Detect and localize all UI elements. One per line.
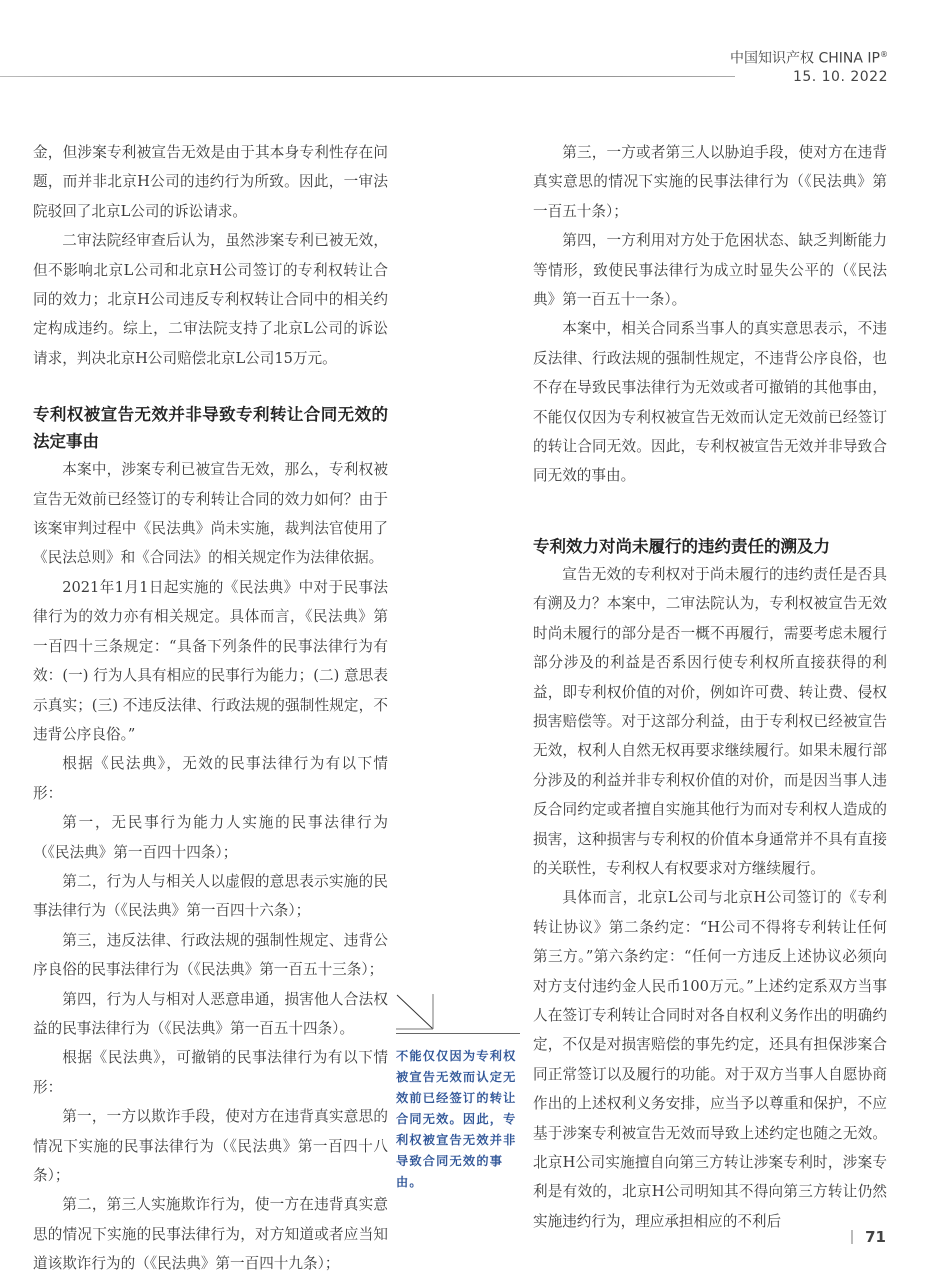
paragraph: 第一，无民事行为能力人实施的民事法律行为（《民法典》第一百四十四条）； <box>33 808 388 867</box>
masthead: 中国知识产权 CHINA IP® 15. 10. 2022 <box>730 46 888 86</box>
pull-quote-rule <box>396 1033 520 1034</box>
paragraph: 第四，行为人与相对人恶意串通，损害他人合法权益的民事法律行为（《民法典》第一百五… <box>33 985 388 1044</box>
pull-quote-text: 不能仅仅因为专利权被宣告无效而认定无效前已经签订的转让合同无效。因此，专利权被宣… <box>396 1046 524 1193</box>
paragraph: 第二，行为人与相关人以虚假的意思表示实施的民事法律行为（《民法典》第一百四十六条… <box>33 867 388 926</box>
paragraph: 第二，第三人实施欺诈行为，使一方在违背真实意思的情况下实施的民事法律行为，对方知… <box>33 1190 388 1278</box>
issue-date: 15. 10. 2022 <box>730 68 888 86</box>
paragraph: 根据《民法典》，可撤销的民事法律行为有以下情形： <box>33 1043 388 1102</box>
paragraph: 第一，一方以欺诈手段，使对方在违背真实意思的情况下实施的民事法律行为（《民法典》… <box>33 1102 388 1190</box>
pull-quote: 不能仅仅因为专利权被宣告无效而认定无效前已经签订的转让合同无效。因此，专利权被宣… <box>396 994 524 1193</box>
paragraph: 宣告无效的专利权对于尚未履行的违约责任是否具有溯及力？本案中，二审法院认为，专利… <box>533 560 887 883</box>
brand-text: 中国知识产权 CHINA IP <box>730 51 880 67</box>
publication-brand: 中国知识产权 CHINA IP® <box>730 46 888 68</box>
paragraph: 本案中，相关合同系当事人的真实意思表示，不违反法律、行政法规的强制性规定，不违背… <box>533 314 887 490</box>
page-folio: 71 <box>851 1228 886 1246</box>
corner-arrow-icon <box>396 994 440 1030</box>
paragraph: 具体而言，北京L公司与北京H公司签订的《专利转让协议》第二条约定：“H公司不得将… <box>533 883 887 1236</box>
folio-bar <box>851 1230 853 1244</box>
left-column: 金，但涉案专利被宣告无效是由于其本身专利性存在问题，而并非北京H公司的违约行为所… <box>33 138 388 1279</box>
section-heading: 专利权被宣告无效并非导致专利转让合同无效的法定事由 <box>33 401 388 455</box>
spacer <box>533 491 887 533</box>
section-heading: 专利效力对尚未履行的违约责任的溯及力 <box>533 533 887 560</box>
paragraph: 根据《民法典》，无效的民事法律行为有以下情形： <box>33 749 388 808</box>
paragraph: 第三，违反法律、行政法规的强制性规定、违背公序良俗的民事法律行为（《民法典》第一… <box>33 926 388 985</box>
registered-mark: ® <box>880 50 888 59</box>
paragraph: 本案中，涉案专利已被宣告无效，那么，专利权被宣告无效前已经签订的专利转让合同的效… <box>33 455 388 573</box>
paragraph: 第三，一方或者第三人以胁迫手段，使对方在违背真实意思的情况下实施的民事法律行为（… <box>533 138 887 226</box>
header-rule <box>0 76 735 77</box>
right-column: 第三，一方或者第三人以胁迫手段，使对方在违背真实意思的情况下实施的民事法律行为（… <box>533 138 887 1236</box>
paragraph: 二审法院经审查后认为，虽然涉案专利已被无效，但不影响北京L公司和北京H公司签订的… <box>33 226 388 373</box>
paragraph: 第四，一方利用对方处于危困状态、缺乏判断能力等情形，致使民事法律行为成立时显失公… <box>533 226 887 314</box>
paragraph: 2021年1月1日起实施的《民法典》中对于民事法律行为的效力亦有相关规定。具体而… <box>33 573 388 749</box>
spacer <box>33 373 388 401</box>
paragraph: 金，但涉案专利被宣告无效是由于其本身专利性存在问题，而并非北京H公司的违约行为所… <box>33 138 388 226</box>
page-number: 71 <box>865 1228 886 1246</box>
